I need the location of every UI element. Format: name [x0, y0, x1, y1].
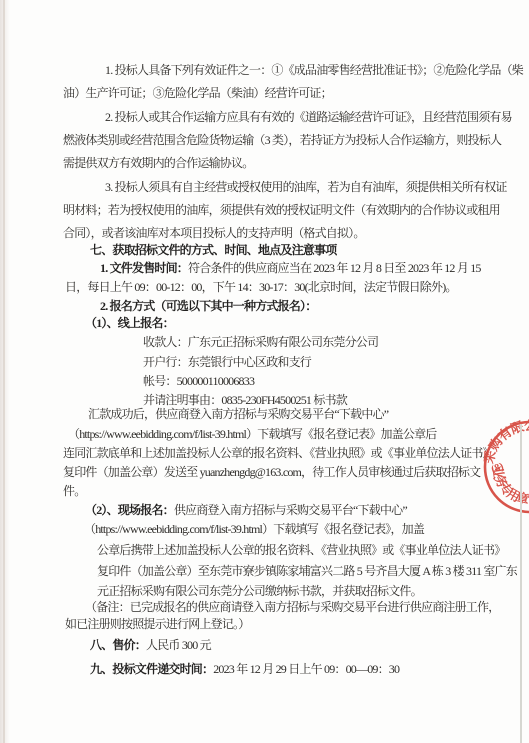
- text-line: 复印件（加盖公章）至东莞市寮步镇陈家埔富兴二路 5 号齐昌大厦 A 栋 3 楼 …: [97, 564, 517, 579]
- text-line: 合同），或者该油库对本项目投标人的支持声明（格式自拟）。: [63, 226, 365, 241]
- text-line: 开户行：东莞银行中心区政和支行: [143, 355, 311, 370]
- text-run: 供应商登入南方招标与采购交易平台“下载中心”: [174, 503, 407, 517]
- text-run: 明材料；若为授权使用的油库，须提供有效的授权证明文件（有效期内的合作协议或租用: [63, 203, 500, 217]
- text-line: 九、投标文件递交时间：2023 年 12 月 29 日上午 09：00—09：3…: [90, 662, 399, 677]
- text-run: 汇款成功后，供应商登入南方招标与采购交易平台“下载中心”: [88, 407, 388, 421]
- text-line: 1. 投标人具备下列有效证件之一：①《成品油零售经营批准证书》；②危险化学品（柴: [105, 63, 523, 78]
- text-run: 需提供双方有效期内的合作运输协议。: [63, 156, 253, 170]
- text-run-bold: 1. 文件发售时间：: [100, 261, 188, 275]
- text-line: 七、获取招标文件的方式、时间、地点及注意事项: [90, 243, 336, 258]
- text-run: 开户行：东莞银行中心区政和支行: [143, 355, 311, 369]
- text-run-bold: 2. 报名方式（可选以下其中一种方式报名）：: [100, 299, 316, 313]
- scan-page-edge-line: [520, 424, 522, 743]
- seal-character: 公: [524, 418, 529, 433]
- text-run: 人民币 300 元: [146, 638, 211, 652]
- text-run: 合同），或者该油库对本项目投标人的支持声明（格式自拟）。: [63, 226, 365, 240]
- text-run: 帐号：500000110006833: [143, 374, 254, 388]
- text-run: （备注：已完成报名的供应商请登入南方招标与采购交易平台进行供应商注册工作，: [85, 600, 499, 614]
- text-run: （https://www.eebidding.com/f/list-39.htm…: [68, 427, 436, 441]
- text-line: 1. 文件发售时间：符合条件的供应商应当在 2023 年 12 月 8 日至 2…: [100, 261, 481, 276]
- text-run-bold: （2）、现场报名：: [85, 503, 174, 517]
- text-run: 日，每日上午 09：00-12：00，下午 14：30-17：30(北京时间，法…: [65, 280, 457, 294]
- text-line: （1）、线上报名：: [85, 316, 174, 331]
- text-run: 并请注明事由：0835-230FH4500251 标书款: [143, 393, 347, 407]
- text-run: 件。: [63, 484, 85, 498]
- text-run-bold: 七、获取招标文件的方式、时间、地点及注意事项: [90, 243, 336, 257]
- text-run: 1. 投标人具备下列有效证件之一：①《成品油零售经营批准证书》；②危险化学品（柴: [105, 63, 523, 77]
- text-line: 复印件（加盖公章）发送至 yuanzhengdg@163.com，待工作人员审核…: [63, 465, 480, 480]
- text-line: （https://www.eebidding.com/f/list-39.htm…: [68, 427, 436, 442]
- text-line: 元正招标采购有限公司东莞分公司缴纳标书款，并获取招标文件。: [97, 584, 422, 599]
- text-line: 油）生产许可证；③危险化学品（柴油）经营许可证；: [63, 86, 332, 101]
- text-line: 2. 投标人或其合作运输方应具有有效的《道路运输经营许可证》，且经营范围须有易: [105, 110, 512, 125]
- text-run: 符合条件的供应商应当在 2023 年 12 月 8 日至 2023 年 12 月…: [188, 261, 481, 275]
- text-line: 帐号：500000110006833: [143, 374, 254, 389]
- text-run-bold: 八、售价：: [90, 638, 146, 652]
- text-run: 燃液体类别或经营范围含危险货物运输（3 类），若持证方为投标人合作运输方，则投标…: [63, 133, 501, 147]
- scan-left-edge-shadow: [0, 0, 10, 743]
- text-run: 收款人：广东元正招标采购有限公司东莞分公司: [143, 335, 378, 349]
- text-line: 收款人：广东元正招标采购有限公司东莞分公司: [143, 335, 378, 350]
- text-line: 公章后携带上述加盖投标人公章的报名资料、《营业执照》或《事业单位法人证书》: [97, 543, 505, 558]
- text-line: 燃液体类别或经营范围含危险货物运输（3 类），若持证方为投标人合作运输方，则投标…: [63, 133, 501, 148]
- text-line: 2. 报名方式（可选以下其中一种方式报名）：: [100, 299, 316, 314]
- red-company-seal: 采购有限公业务专用章 (8): [460, 397, 529, 537]
- text-line: 连同汇款底单和上述加盖投标人公章的报名资料、《营业执照》或《事业单位法人证书》: [63, 446, 494, 461]
- text-run: （https://www.eebidding.com/f/list-39.htm…: [84, 522, 424, 536]
- text-line: （备注：已完成报名的供应商请登入南方招标与采购交易平台进行供应商注册工作，: [85, 600, 499, 615]
- text-run: 油）生产许可证；③危险化学品（柴油）经营许可证；: [63, 86, 332, 100]
- text-run: 3. 投标人须具有自主经营或授权使用的油库，若为自有油库，须提供相关所有权证: [105, 180, 507, 194]
- text-line: 并请注明事由：0835-230FH4500251 标书款: [143, 393, 347, 408]
- text-run-bold: 九、投标文件递交时间：: [90, 662, 213, 676]
- text-line: 3. 投标人须具有自主经营或授权使用的油库，若为自有油库，须提供相关所有权证: [105, 180, 507, 195]
- text-run: 公章后携带上述加盖投标人公章的报名资料、《营业执照》或《事业单位法人证书》: [97, 543, 505, 557]
- text-run: 复印件（加盖公章）至东莞市寮步镇陈家埔富兴二路 5 号齐昌大厦 A 栋 3 楼 …: [97, 564, 517, 578]
- text-line: 八、售价：人民币 300 元: [90, 638, 211, 653]
- text-line: 日，每日上午 09：00-12：00，下午 14：30-17：30(北京时间，法…: [65, 280, 457, 295]
- text-run: 2023 年 12 月 29 日上午 09：00—09：30: [213, 662, 399, 676]
- text-line: （2）、现场报名：供应商登入南方招标与采购交易平台“下载中心”: [85, 503, 407, 518]
- text-run: 连同汇款底单和上述加盖投标人公章的报名资料、《营业执照》或《事业单位法人证书》: [63, 446, 494, 460]
- text-run: 复印件（加盖公章）发送至 yuanzhengdg@163.com，待工作人员审核…: [63, 465, 480, 479]
- text-line: 件。: [63, 484, 85, 499]
- scanned-document-page: 1. 投标人具备下列有效证件之一：①《成品油零售经营批准证书》；②危险化学品（柴…: [0, 0, 529, 743]
- scan-left-edge-line: [3, 0, 5, 743]
- text-line: 需提供双方有效期内的合作运输协议。: [63, 156, 253, 171]
- text-line: 汇款成功后，供应商登入南方招标与采购交易平台“下载中心”: [88, 407, 388, 422]
- text-run: 元正招标采购有限公司东莞分公司缴纳标书款，并获取招标文件。: [97, 584, 422, 598]
- text-run: 如已注册则按照提示进行网上登记。）: [65, 617, 249, 631]
- text-line: 如已注册则按照提示进行网上登记。）: [65, 617, 249, 632]
- text-run: 2. 投标人或其合作运输方应具有有效的《道路运输经营许可证》，且经营范围须有易: [105, 110, 512, 124]
- text-line: （https://www.eebidding.com/f/list-39.htm…: [84, 522, 424, 537]
- text-line: 明材料；若为授权使用的油库，须提供有效的授权证明文件（有效期内的合作协议或租用: [63, 203, 500, 218]
- text-run-bold: （1）、线上报名：: [85, 316, 174, 330]
